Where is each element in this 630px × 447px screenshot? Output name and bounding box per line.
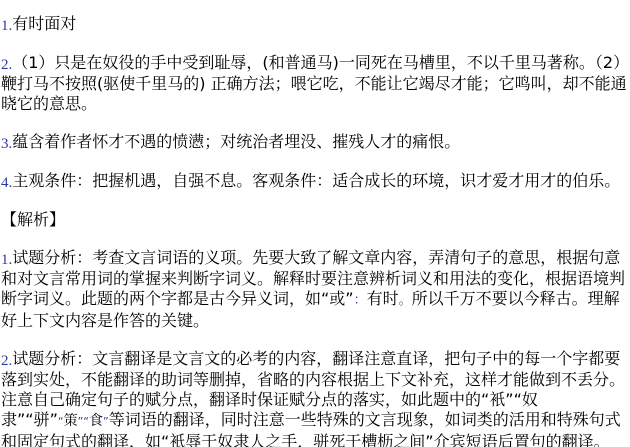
answer-4: 4.主观条件：把握机遇，自强不息。客观条件：适合成长的环境，识才爱才用才的伯乐。 [1, 171, 628, 192]
answer-2-text: （1）只是在奴役的手中受到耻辱，(和普通马)一同死在马槽里，不以千里马著称。（2… [1, 53, 627, 113]
analysis-1: 1.试题分析：考查文言词语的义项。先要大致了解文章内容，弄清句子的意思，根据句意… [1, 248, 628, 331]
analysis-header: 【解析】 [1, 210, 628, 230]
analysis-2-number: 2. [1, 353, 12, 369]
analysis-2-term-2: 食 [89, 413, 103, 429]
answer-3-text: 蕴含着作者怀才不遇的愤懑；对统治者埋没、摧残人才的痛恨。 [12, 132, 460, 151]
answer-1: 1.有时面对 [1, 14, 628, 35]
answer-3: 3.蕴含着作者怀才不遇的愤懑；对统治者埋没、摧残人才的痛恨。 [1, 132, 628, 153]
answer-4-text: 主观条件：把握机遇，自强不息。客观条件：适合成长的环境，识才爱才用才的伯乐。 [12, 171, 620, 190]
answer-4-number: 4. [1, 175, 12, 191]
analysis-1-blue-period: 。 [399, 293, 412, 308]
document: 1.有时面对 2.（1）只是在奴役的手中受到耻辱，(和普通马)一同死在马槽里，不… [0, 0, 630, 447]
answer-2-number: 2. [1, 57, 12, 73]
analysis-1-blue-colon: ： [354, 293, 367, 308]
answer-2: 2.（1）只是在奴役的手中受到耻辱，(和普通马)一同死在马槽里，不以千里马著称。… [1, 53, 628, 114]
analysis-2-term-1: 策 [64, 413, 78, 429]
analysis-1-term: 有时 [367, 289, 399, 308]
answer-3-number: 3. [1, 136, 12, 152]
analysis-1-number: 1. [1, 252, 12, 268]
answer-1-number: 1. [1, 18, 12, 34]
answer-1-text: 有时面对 [12, 14, 76, 33]
analysis-2: 2.试题分析：文言翻译是文言文的必考的内容，翻译注意直译，把句子中的每一个字都要… [1, 349, 628, 447]
